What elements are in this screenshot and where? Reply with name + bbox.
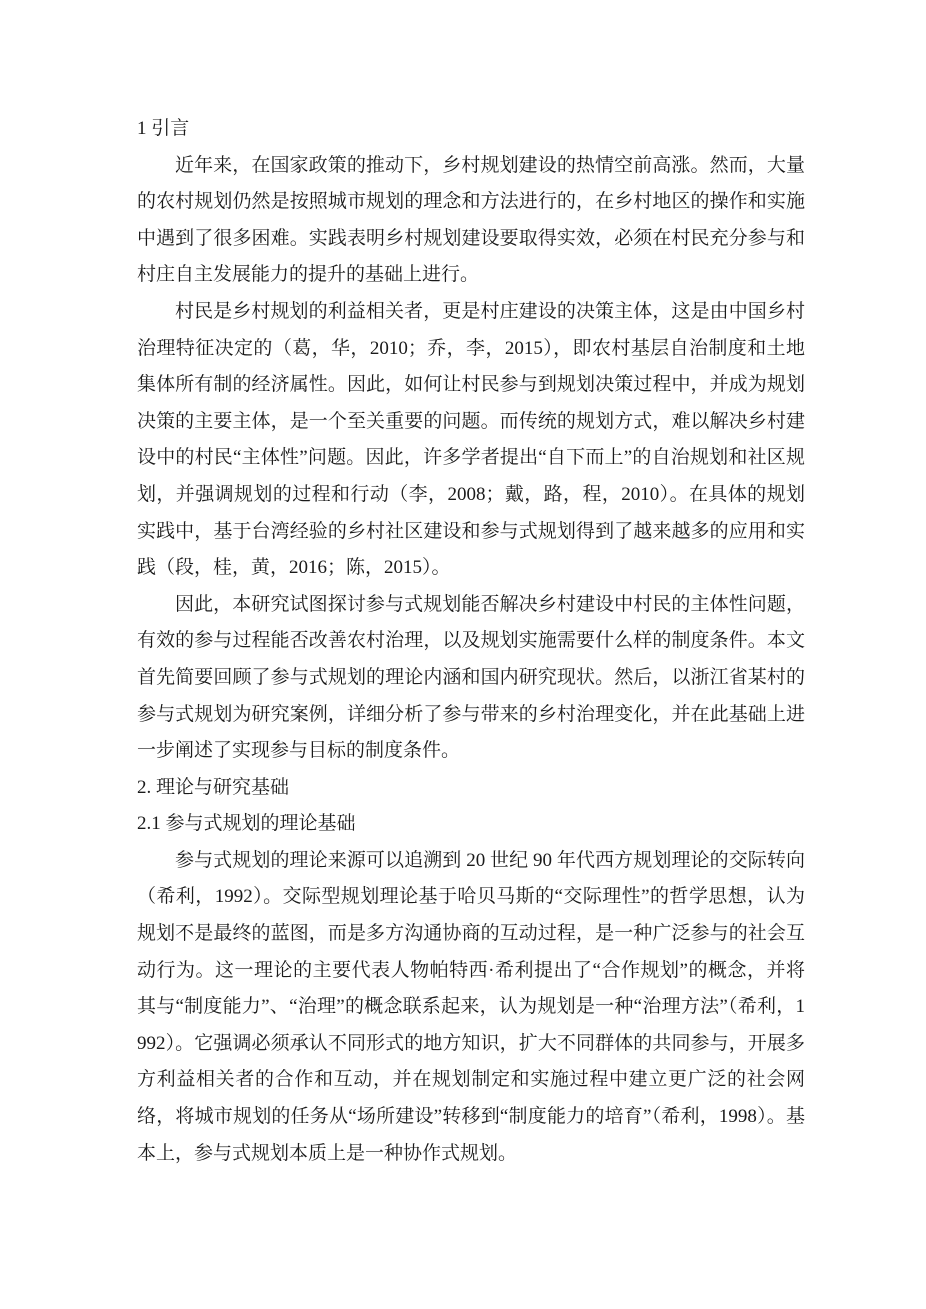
section-heading-introduction: 1 引言 xyxy=(137,111,805,148)
paragraph-research-aim: 因此，本研究试图探讨参与式规划能否解决乡村建设中村民的主体性问题，有效的参与过程… xyxy=(137,587,805,770)
subsection-heading-participatory-planning-theory: 2.1 参与式规划的理论基础 xyxy=(137,806,805,843)
paragraph-theory-origin: 参与式规划的理论来源可以追溯到 20 世纪 90 年代西方规划理论的交际转向（希… xyxy=(137,843,805,1172)
section-heading-theory-research-basis: 2. 理论与研究基础 xyxy=(137,770,805,807)
document-page: 1 引言 近年来，在国家政策的推动下，乡村规划建设的热情空前高涨。然而，大量的农… xyxy=(0,0,926,1309)
paragraph-villager-stakeholder: 村民是乡村规划的利益相关者，更是村庄建设的决策主体，这是由中国乡村治理特征决定的… xyxy=(137,294,805,587)
paragraph-intro-background: 近年来，在国家政策的推动下，乡村规划建设的热情空前高涨。然而，大量的农村规划仍然… xyxy=(137,148,805,294)
